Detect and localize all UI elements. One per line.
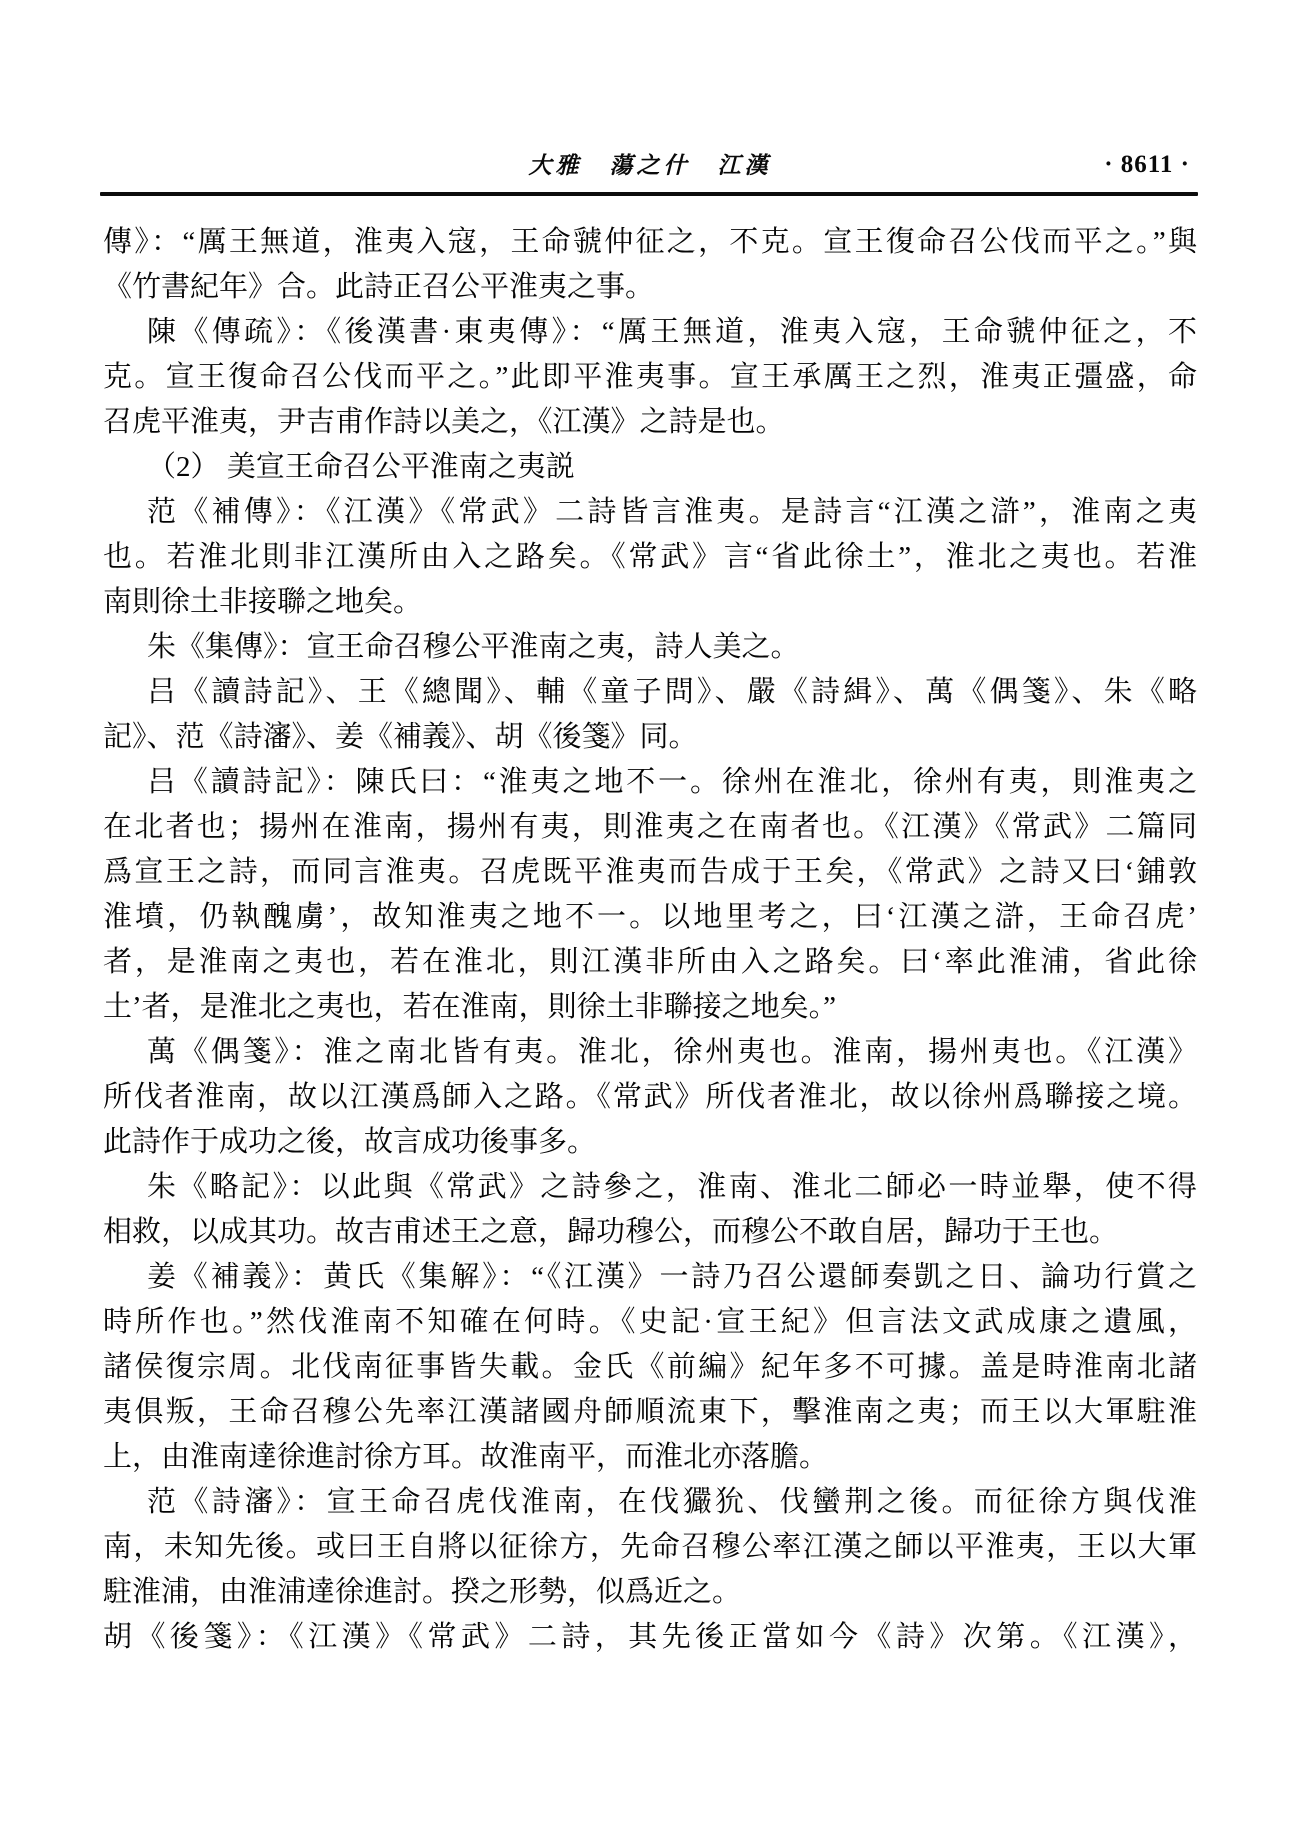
text-line: 記》、范《詩瀋》、姜《補義》、胡《後箋》同。 [103,715,1197,760]
text-line: 萬《偶箋》：淮之南北皆有夷。淮北，徐州夷也。淮南，揚州夷也。《江漢》 [103,1030,1197,1075]
text-line: 所伐者淮南，故以江漢爲師入之路。《常武》所伐者淮北，故以徐州爲聯接之境。 [103,1075,1197,1120]
text-line: 淮墳，仍執醜虜’，故知淮夷之地不一。以地里考之，曰‘江漢之滸，王命召虎’ [103,895,1197,940]
text-line: 在北者也；揚州在淮南，揚州有夷，則淮夷之在南者也。《江漢》《常武》二篇同 [103,805,1197,850]
text-line: 朱《集傳》：宣王命召穆公平淮南之夷，詩人美之。 [103,625,1197,670]
text-line: 胡《後箋》：《江漢》《常武》二詩，其先後正當如今《詩》次第。《江漢》， [103,1615,1197,1660]
text-line: 南則徐土非接聯之地矣。 [103,580,1197,625]
text-line: 土’者，是淮北之夷也，若在淮南，則徐土非聯接之地矣。” [103,985,1197,1030]
text-line: 吕《讀詩記》：陳氏曰：“淮夷之地不一。徐州在淮北，徐州有夷，則淮夷之 [103,760,1197,805]
text-line: 姜《補義》：黄氏《集解》：“《江漢》一詩乃召公還師奏凱之日、論功行賞之 [103,1255,1197,1300]
text-line: 駐淮浦，由淮浦達徐進討。揆之形勢，似爲近之。 [103,1570,1197,1615]
text-line: 范《補傳》：《江漢》《常武》二詩皆言淮夷。是詩言“江漢之滸”，淮南之夷 [103,490,1197,535]
text-line: 也。若淮北則非江漢所由入之路矣。《常武》言“省此徐土”，淮北之夷也。若淮 [103,535,1197,580]
text-line: 范《詩瀋》：宣王命召虎伐淮南，在伐玁狁、伐蠻荆之後。而征徐方與伐淮 [103,1480,1197,1525]
text-line: 克。宣王復命召公伐而平之。”此即平淮夷事。宣王承厲王之烈，淮夷正彊盛，命 [103,355,1197,400]
text-line: 《竹書紀年》合。此詩正召公平淮夷之事。 [103,265,1197,310]
text-line: （2） 美宣王命召公平淮南之夷説 [103,445,1197,490]
text-line: 者，是淮南之夷也，若在淮北，則江漢非所由入之路矣。曰‘率此淮浦，省此徐 [103,940,1197,985]
text-line: 上，由淮南達徐進討徐方耳。故淮南平，而淮北亦落膽。 [103,1435,1197,1480]
text-line: 吕《讀詩記》、王《總聞》、輔《童子問》、嚴《詩緝》、萬《偶箋》、朱《略 [103,670,1197,715]
text-line: 召虎平淮夷，尹吉甫作詩以美之，《江漢》之詩是也。 [103,400,1197,445]
page-body: 傳》：“厲王無道，淮夷入寇，王命虢仲征之，不克。宣王復命召公伐而平之。”與《竹書… [103,220,1197,1660]
text-line: 夷俱叛，王命召穆公先率江漢諸國舟師順流東下，擊淮南之夷；而王以大軍駐淮 [103,1390,1197,1435]
text-line: 傳》：“厲王無道，淮夷入寇，王命虢仲征之，不克。宣王復命召公伐而平之。”與 [103,220,1197,265]
text-line: 此詩作于成功之後，故言成功後事多。 [103,1120,1197,1165]
scanned-book-page: 大雅 蕩之什 江漢 · 8611 · 傳》：“厲王無道，淮夷入寇，王命虢仲征之，… [0,0,1300,1827]
page-number: · 8611 · [1104,150,1190,180]
text-line: 諸侯復宗周。北伐南征事皆失載。金氏《前編》紀年多不可據。盖是時淮南北諸 [103,1345,1197,1390]
text-line: 爲宣王之詩，而同言淮夷。召虎既平淮夷而告成于王矣，《常武》之詩又曰‘鋪敦 [103,850,1197,895]
text-line: 南，未知先後。或曰王自將以征徐方，先命召穆公率江漢之師以平淮夷，王以大軍 [103,1525,1197,1570]
text-line: 朱《略記》：以此與《常武》之詩參之，淮南、淮北二師必一時並舉，使不得 [103,1165,1197,1210]
text-line: 時所作也。”然伐淮南不知確在何時。《史記·宣王紀》但言法文武成康之遺風， [103,1300,1197,1345]
text-line: 相救，以成其功。故吉甫述王之意，歸功穆公，而穆公不敢自居，歸功于王也。 [103,1210,1197,1255]
text-line: 陳《傳疏》：《後漢書·東夷傳》：“厲王無道，淮夷入寇，王命虢仲征之，不 [103,310,1197,355]
header-rule [100,192,1198,196]
